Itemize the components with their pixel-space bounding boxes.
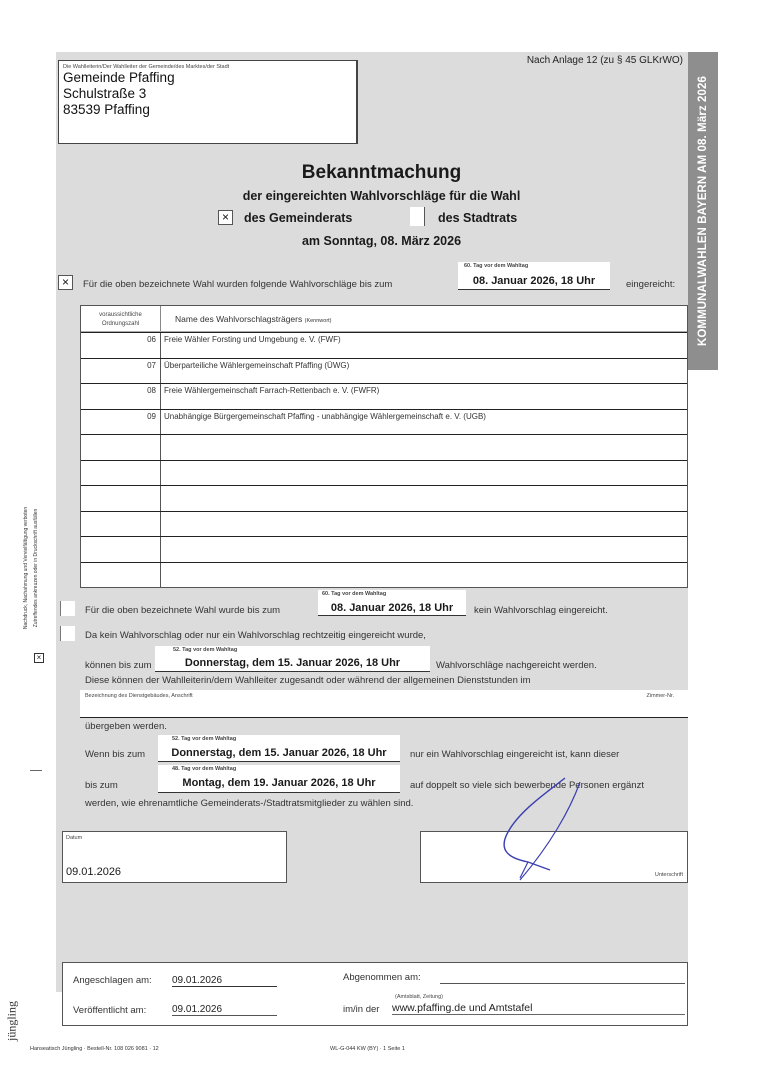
page-subtitle: der eingereichten Wahlvorschläge für die… [0, 189, 763, 203]
extension-line6: werden, wie ehrenamtliche Gemeinderats-/… [85, 798, 413, 809]
page-title: Bekanntmachung [0, 162, 763, 184]
extension-line2: Diese können der Wahlleiterin/dem Wahlle… [85, 675, 531, 686]
none-deadline-hint: 60. Tag vor dem Wahltag [322, 591, 386, 597]
table-row [81, 485, 687, 511]
proposals-table: voraussichtliche Ordnungszahl Name des W… [80, 305, 688, 588]
sender-line: Gemeinde Pfaffing [63, 70, 352, 86]
column-header-number: voraussichtliche Ordnungszahl [81, 306, 161, 331]
margin-note: Nachdruck, Nachahmung und Vervielfältigu… [20, 470, 42, 665]
medium-hint: (Amtsblatt, Zeitung) [395, 994, 443, 1000]
row-number [81, 486, 161, 511]
posted-value[interactable]: 09.01.2026 [172, 975, 277, 987]
submitted-deadline-field: 60. Tag vor dem Wahltag 08. Januar 2026,… [458, 262, 610, 290]
row-number: 07 [81, 359, 161, 384]
option-label-stadtrat: des Stadtrats [438, 211, 517, 225]
table-row [81, 536, 687, 562]
none-deadline: 08. Januar 2026, 18 Uhr [331, 602, 453, 614]
extension-deadline1-hint: 52. Tag vor dem Wahltag [173, 647, 237, 653]
table-row: 06Freie Wähler Forsting und Umgebung e. … [81, 332, 687, 358]
publisher-logo: jüngling [2, 1000, 22, 1042]
medium-prefix: im/in der [343, 1004, 379, 1015]
footer-form-code: WL-G-044 KW (BY) · 1 Seite 1 [330, 1046, 405, 1052]
row-number: 08 [81, 384, 161, 409]
extension-line4-after: nur ein Wahlvorschlag eingereicht ist, k… [410, 749, 619, 760]
table-row [81, 460, 687, 486]
checkbox-gemeinderat[interactable]: × [218, 210, 233, 225]
row-number [81, 512, 161, 537]
row-name: Freie Wähler Forsting und Umgebung e. V.… [161, 333, 687, 358]
row-name [161, 435, 687, 460]
removed-label: Abgenommen am: [343, 972, 421, 983]
margin-note-text1: Nachdruck, Nachahmung und Vervielfältigu… [23, 506, 29, 628]
date-field[interactable]: Datum 09.01.2026 [62, 831, 287, 883]
extension-deadline3: Montag, dem 19. Januar 2026, 18 Uhr [182, 777, 375, 789]
margin-note-text2: Zutreffendes ankreuzen oder in Druckschr… [33, 508, 39, 627]
annex-reference: Nach Anlage 12 (zu § 45 GLKrWO) [527, 55, 683, 66]
table-row: 09Unabhängige Bürgergemeinschaft Pfaffin… [81, 409, 687, 435]
submitted-text-after: eingereicht: [626, 279, 675, 290]
footer-publisher: Hanseatisch Jüngling · Bestell-Nr. 108 0… [30, 1046, 159, 1052]
extension-intro: Da kein Wahlvorschlag oder nur ein Wahlv… [85, 630, 426, 641]
building-label: Bezeichnung des Dienstgebäudes, Anschrif… [85, 693, 193, 699]
none-submitted-text: Für die oben bezeichnete Wahl wurde bis … [85, 605, 280, 616]
table-header: voraussichtliche Ordnungszahl Name des W… [81, 306, 687, 332]
election-date: am Sonntag, 08. März 2026 [0, 234, 763, 248]
row-name: Unabhängige Bürgergemeinschaft Pfaffing … [161, 410, 687, 435]
margin-checkbox: × [34, 653, 44, 663]
checkbox-extension[interactable] [60, 626, 75, 641]
checkbox-stadtrat[interactable] [410, 207, 425, 226]
row-name [161, 537, 687, 562]
row-name [161, 461, 687, 486]
extension-deadline1-field: 52. Tag vor dem Wahltag Donnerstag, dem … [155, 646, 430, 672]
logo-text: jüngling [5, 1001, 20, 1041]
date-label: Datum [66, 835, 82, 841]
building-field[interactable]: Bezeichnung des Dienstgebäudes, Anschrif… [80, 690, 688, 718]
signature-scribble-icon [480, 770, 620, 900]
row-name [161, 486, 687, 511]
signature-label: Unterschrift [655, 872, 683, 878]
table-row [81, 562, 687, 588]
column-header-name-text: Name des Wahlvorschlagsträgers [175, 314, 302, 324]
date-value: 09.01.2026 [66, 866, 121, 878]
extension-line5-before: bis zum [85, 780, 118, 791]
extension-deadline3-hint: 48. Tag vor dem Wahltag [172, 766, 236, 772]
table-row [81, 434, 687, 460]
extension-line1-before: können bis zum [85, 660, 152, 671]
extension-deadline1: Donnerstag, dem 15. Januar 2026, 18 Uhr [185, 657, 400, 669]
fold-mark [30, 770, 42, 771]
row-number: 06 [81, 333, 161, 358]
none-submitted-text-after: kein Wahlvorschlag eingereicht. [474, 605, 608, 616]
row-number: 09 [81, 410, 161, 435]
option-label-gemeinderat: des Gemeinderats [244, 211, 352, 225]
row-name: Freie Wählergemeinschaft Farrach-Rettenb… [161, 384, 687, 409]
checkbox-submitted[interactable]: × [58, 275, 73, 290]
row-name: Überparteiliche Wählergemeinschaft Pfaff… [161, 359, 687, 384]
sender-address-box: Die Wahlleiterin/Der Wahlleiter der Geme… [58, 60, 358, 144]
extension-line1-after: Wahlvorschläge nachgereicht werden. [436, 660, 597, 671]
room-label: Zimmer-Nr. [647, 693, 675, 699]
submitted-text: Für die oben bezeichnete Wahl wurden fol… [83, 279, 392, 290]
table-row: 07Überparteiliche Wählergemeinschaft Pfa… [81, 358, 687, 384]
sender-line: 83539 Pfaffing [63, 102, 352, 118]
published-value[interactable]: 09.01.2026 [172, 1004, 277, 1016]
extension-deadline2-field: 52. Tag vor dem Wahltag Donnerstag, dem … [158, 735, 400, 762]
sender-line: Schulstraße 3 [63, 86, 352, 102]
removed-value[interactable] [440, 972, 685, 984]
election-side-band: KOMMUNALWAHLEN BAYERN AM 08. März 2026 [688, 52, 718, 370]
row-number [81, 563, 161, 588]
row-number [81, 537, 161, 562]
extension-deadline2-hint: 52. Tag vor dem Wahltag [172, 736, 236, 742]
row-name [161, 563, 687, 588]
none-deadline-field: 60. Tag vor dem Wahltag 08. Januar 2026,… [318, 590, 466, 616]
medium-value[interactable]: www.pfaffing.de und Amtstafel [392, 1002, 685, 1015]
submitted-deadline: 08. Januar 2026, 18 Uhr [473, 275, 595, 287]
extension-line4-before: Wenn bis zum [85, 749, 145, 760]
table-row [81, 511, 687, 537]
extension-deadline3-field: 48. Tag vor dem Wahltag Montag, dem 19. … [158, 765, 400, 793]
extension-deadline2: Donnerstag, dem 15. Januar 2026, 18 Uhr [171, 747, 386, 759]
table-row: 08Freie Wählergemeinschaft Farrach-Rette… [81, 383, 687, 409]
row-number [81, 435, 161, 460]
submitted-deadline-hint: 60. Tag vor dem Wahltag [464, 263, 528, 269]
column-header-name-note: (Kennwort) [305, 318, 332, 324]
row-number [81, 461, 161, 486]
checkbox-none-submitted[interactable] [60, 601, 75, 616]
extension-line3: übergeben werden. [85, 721, 167, 732]
posted-label: Angeschlagen am: [73, 975, 152, 986]
side-band-text: KOMMUNALWAHLEN BAYERN AM 08. März 2026 [697, 76, 709, 346]
published-label: Veröffentlicht am: [73, 1005, 146, 1016]
column-header-name: Name des Wahlvorschlagsträgers (Kennwort… [161, 306, 687, 331]
row-name [161, 512, 687, 537]
